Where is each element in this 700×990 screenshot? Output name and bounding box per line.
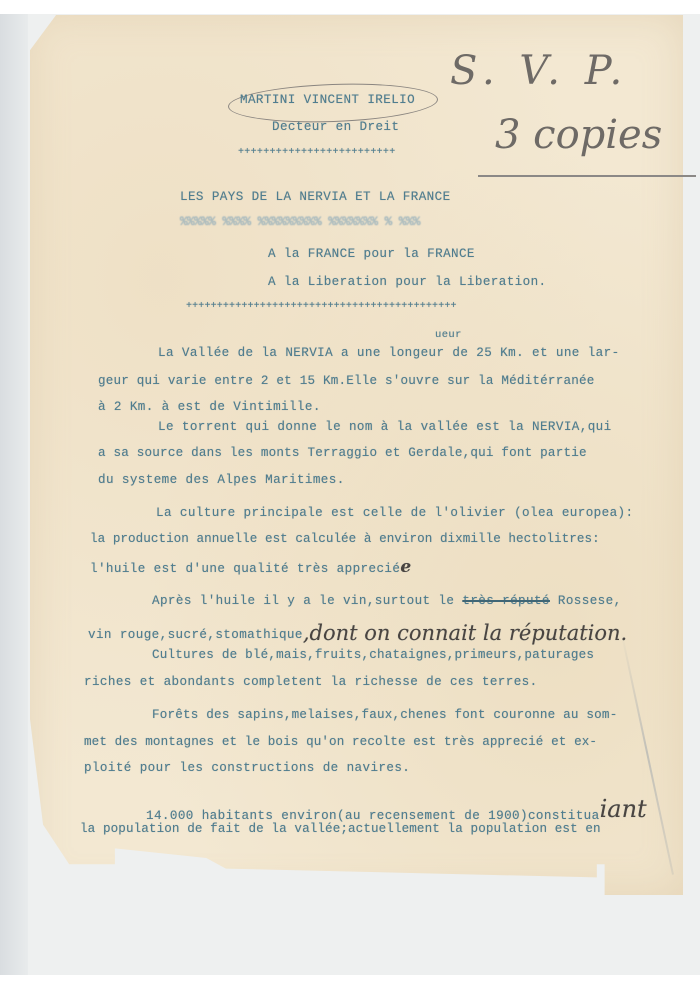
insertion-ueur: ueur xyxy=(435,329,462,341)
para3-line3: l'huile est d'une qualité très appreciée xyxy=(90,557,412,577)
para5-line1: Cultures de blé,mais,fruits,chataignes,p… xyxy=(152,648,594,662)
para6-line1: Forêts des sapins,melaises,faux,chenes f… xyxy=(152,708,617,722)
handwritten-e-correction: e xyxy=(400,557,411,577)
handwritten-reputation-addition: ,dont on connait la réputation. xyxy=(303,621,627,645)
scan-bottom-margin xyxy=(0,975,700,990)
para7-line1-after: constitua xyxy=(528,809,600,823)
para2-line3: du systeme des Alpes Maritimes. xyxy=(98,473,345,487)
copies-annotation: 3 copies xyxy=(495,112,662,158)
para3-line3-text: l'huile est d'une qualité très apprecié xyxy=(90,562,400,576)
para4-line1-before: Après l'huile il y a le vin,surtout le xyxy=(152,594,454,608)
motto-france: A la FRANCE pour la FRANCE xyxy=(268,247,475,261)
copies-underline xyxy=(478,175,696,177)
para1-line3: à 2 Km. à est de Vintimille. xyxy=(98,400,321,414)
para6-line3: ploité pour les constructions de navires… xyxy=(84,761,410,775)
para6-line2: met des montagnes et le bois qu'on recol… xyxy=(84,735,597,749)
para4-line2-typed: vin rouge,sucré,stomathique xyxy=(88,628,303,642)
para1-line2: geur qui varie entre 2 et 15 Km.Elle s'o… xyxy=(98,374,594,388)
title-smeared-underline: %%%%% %%%% %%%%%%%%% %%%%%%% % %%% xyxy=(180,215,420,229)
para5-line2: riches et abondants completent la riches… xyxy=(84,675,538,689)
para7-line1: 14.000 habitants environ(au recensement … xyxy=(146,795,647,823)
para3-line1: La culture principale est celle de l'oli… xyxy=(156,506,633,520)
para4-line1: Après l'huile il y a le vin,surtout le t… xyxy=(152,594,622,608)
para7-line2: la population de fait de la vallée;actue… xyxy=(80,822,601,836)
svp-annotation: S. V. P. xyxy=(450,48,628,94)
para2-line2: a sa source dans les monts Terraggio et … xyxy=(98,446,587,460)
para4-line1-after: Rossese, xyxy=(558,594,622,608)
para1-line1: La Vallée de la NERVIA a une longeur de … xyxy=(158,346,620,360)
handwritten-iant-correction: iant xyxy=(600,795,647,823)
scan-top-margin xyxy=(0,0,700,14)
separator-long: ++++++++++++++++++++++++++++++++++++++++… xyxy=(186,301,457,312)
document-title: LES PAYS DE LA NERVIA ET LA FRANCE xyxy=(180,190,451,204)
para3-line2: la production annuelle est calculée à en… xyxy=(90,532,600,546)
scan-left-shadow xyxy=(0,14,28,975)
struck-text-tres-repute: très réputé xyxy=(462,594,550,608)
para7-line1-before: 14.000 habitants environ xyxy=(146,809,337,823)
motto-liberation: A la Liberation pour la Liberation. xyxy=(268,275,547,289)
separator-short: +++++++++++++++++++++++++ xyxy=(238,147,396,158)
author-name: MARTINI VINCENT IRELIO xyxy=(240,93,415,107)
para7-census-parenthetical: (au recensement de 1900) xyxy=(337,809,528,823)
author-title: Decteur en Dreit xyxy=(272,120,399,134)
para4-line2: vin rouge,sucré,stomathique,dont on conn… xyxy=(88,621,627,645)
para2-line1: Le torrent qui donne le nom à la vallée … xyxy=(158,420,612,434)
